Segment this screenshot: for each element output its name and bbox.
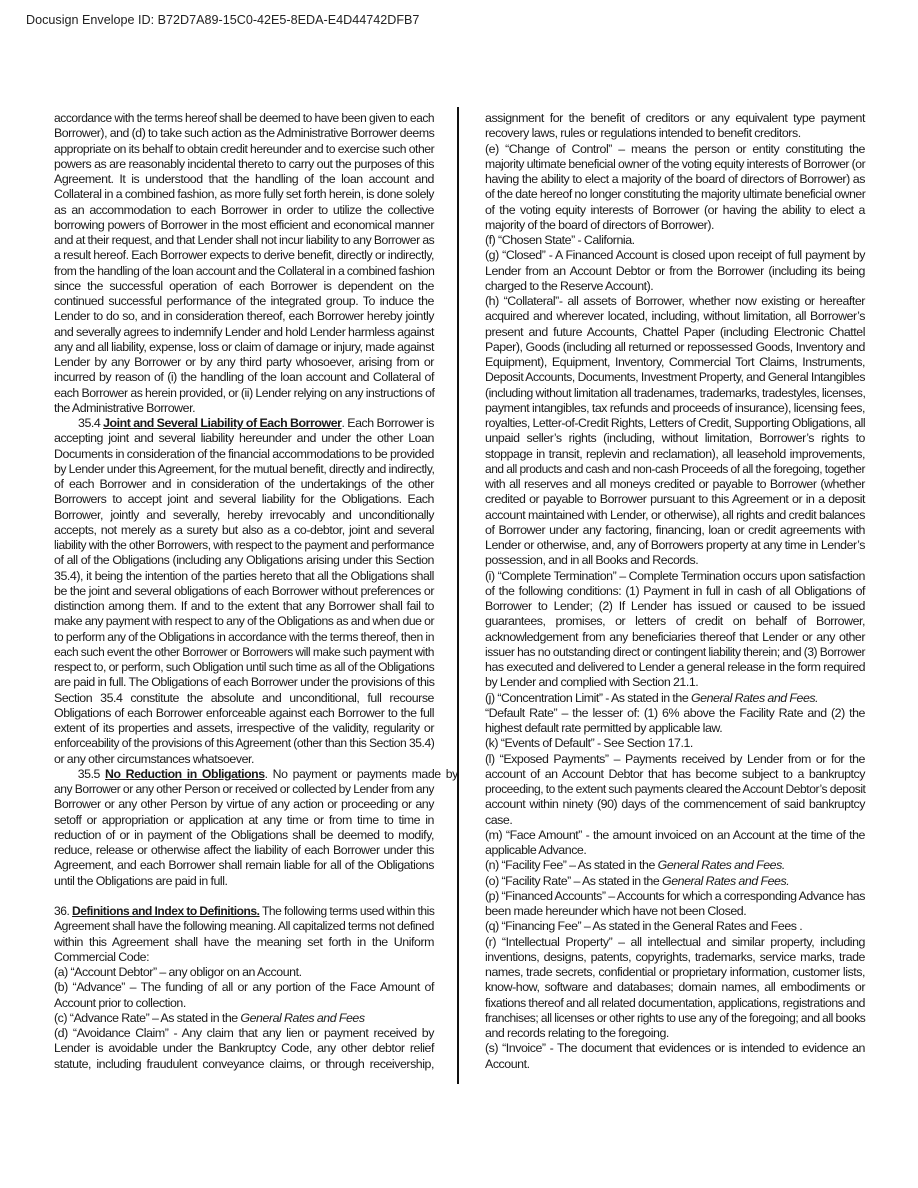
definition-s: (s) “Invoice” - The document that eviden… bbox=[485, 1041, 865, 1056]
text-line: highest default rate permitted by applic… bbox=[485, 721, 865, 736]
definition-f: (f) “Chosen State” - California. bbox=[485, 233, 865, 248]
section-36-heading-line: 36. Definitions and Index to Definitions… bbox=[54, 904, 434, 919]
definition-default-rate: “Default Rate” – the lesser of: (1) 6% a… bbox=[485, 706, 865, 721]
text-line: powers as are reasonably incidental ther… bbox=[54, 157, 434, 172]
text-line: know-how, software and databases; domain… bbox=[485, 980, 865, 995]
section-text: . No payment or payments made by bbox=[265, 767, 458, 781]
section-35-5-title: No Reduction in Obligations bbox=[105, 767, 265, 781]
text-line: account of an Account Debtor that has be… bbox=[485, 767, 865, 782]
text-line: Equipment), Equipment, Inventory, Commer… bbox=[485, 355, 865, 370]
text-line: as an accommodation to each Borrower in … bbox=[54, 203, 434, 218]
text-line: applicable Advance. bbox=[485, 843, 865, 858]
text-line: and records relating to the foregoing. bbox=[485, 1026, 865, 1041]
text-line: reduction of or in payment of the Obliga… bbox=[54, 828, 434, 843]
text-line: enforceability of the provisions of this… bbox=[54, 736, 434, 751]
left-column: accordance with the terms hereof shall b… bbox=[54, 111, 434, 1072]
text-line: liability with the other Borrowers, with… bbox=[54, 538, 434, 553]
text-line: a result hereof. Each Borrower expects t… bbox=[54, 248, 434, 263]
section-number: 35.4 bbox=[78, 416, 100, 430]
text-line: acquired and wherever located, including… bbox=[485, 309, 865, 324]
text-line: issuer has no outstanding direct or cont… bbox=[485, 645, 865, 660]
text-line: Commercial Code: bbox=[54, 950, 434, 965]
text-line: Lender by any Borrower or by any third p… bbox=[54, 355, 434, 370]
text-line: and all products and cash and non-cash P… bbox=[485, 462, 865, 477]
definition-e: (e) “Change of Control” – means the pers… bbox=[485, 142, 865, 157]
text-line: distinction among them. If and to the ex… bbox=[54, 599, 434, 614]
text-line: names, trade secrets, confidential or pr… bbox=[485, 965, 865, 980]
text-line: Borrower), and (d) to take such action a… bbox=[54, 126, 434, 141]
definition-g: (g) “Closed” - A Financed Account is clo… bbox=[485, 248, 865, 263]
text-line: Borrower, jointly and severally, hereby … bbox=[54, 508, 434, 523]
text-line: Borrowers to accept joint and several li… bbox=[54, 492, 434, 507]
text-line: are paid in full. The Obligations of eac… bbox=[54, 675, 434, 690]
text-line: accordance with the terms hereof shall b… bbox=[54, 111, 434, 126]
text-line: Agreement. It is understood that the han… bbox=[54, 172, 434, 187]
spacer bbox=[54, 889, 434, 904]
text-line: payment intangibles, tax refunds and pro… bbox=[485, 401, 865, 416]
text-line: of the voting equity interests of Borrow… bbox=[485, 203, 865, 218]
text-line: been made hereunder which have not been … bbox=[485, 904, 865, 919]
definition-c: (c) “Advance Rate” – As stated in the Ge… bbox=[54, 1011, 434, 1026]
text-line: Account prior to collection. bbox=[54, 996, 434, 1011]
text-line: of Borrower under any factoring, financi… bbox=[485, 523, 865, 538]
text-line: fixations thereof and all related docume… bbox=[485, 996, 865, 1011]
text-line: stoppage in transit, replevin and reclam… bbox=[485, 447, 865, 462]
text-line: incurred by reason of (i) the handling o… bbox=[54, 370, 434, 385]
text-line: Section 35.4 constitute the absolute and… bbox=[54, 691, 434, 706]
text-line: (including without limitation all traden… bbox=[485, 386, 865, 401]
text-line: any and all liability, expense, loss or … bbox=[54, 340, 434, 355]
definition-h: (h) “Collateral”- all assets of Borrower… bbox=[485, 294, 865, 309]
text-line: Collateral in a combined fashion, as mor… bbox=[54, 187, 434, 202]
text-line: each such event the other Borrower or Bo… bbox=[54, 645, 434, 660]
text-line: credited or payable to Borrower pursuant… bbox=[485, 492, 865, 507]
text-line: of each Borrower and in consideration of… bbox=[54, 477, 434, 492]
text-line: setoff or appropriation or application a… bbox=[54, 813, 434, 828]
text-line: from the handling of the loan account an… bbox=[54, 264, 434, 279]
text-line: continued successful performance of the … bbox=[54, 294, 434, 309]
text-line: respect to, or perform, such Obligation … bbox=[54, 660, 434, 675]
text-line: within this Agreement shall have the mea… bbox=[54, 935, 434, 950]
text-line: Deposit Accounts, Documents, Investment … bbox=[485, 370, 865, 385]
text-line: by Lender and complied with Section 21.1… bbox=[485, 675, 865, 690]
envelope-id-header: Docusign Envelope ID: B72D7A89-15C0-42E5… bbox=[26, 13, 419, 27]
definition-j: (j) “Concentration Limit” - As stated in… bbox=[485, 691, 865, 706]
text-line: with all reserves and all moneys credite… bbox=[485, 477, 865, 492]
text-line: extent of its properties and assets, irr… bbox=[54, 721, 434, 736]
italic-reference: General Rates and Fees. bbox=[662, 874, 789, 888]
text-line: royalties, Letter-of-Credit Rights, Lett… bbox=[485, 416, 865, 431]
text-line: any Borrower or any other Person or rece… bbox=[54, 782, 434, 797]
text-line: Account. bbox=[485, 1057, 865, 1072]
text-line: Lender to do so, and in consideration th… bbox=[54, 309, 434, 324]
text-line: Lender is avoidable under the Bankruptcy… bbox=[54, 1041, 434, 1056]
text-line: acknowledgement from any beneficiaries t… bbox=[485, 630, 865, 645]
definition-p: (p) “Financed Accounts” – Accounts for w… bbox=[485, 889, 865, 904]
text-line: Agreement shall have the following meani… bbox=[54, 919, 434, 934]
text-line: majority of the board of directors of Bo… bbox=[485, 218, 865, 233]
section-36-title: Definitions and Index to Definitions. bbox=[72, 904, 260, 918]
definition-o: (o) “Facility Rate” – As stated in the G… bbox=[485, 874, 865, 889]
text-line: unpaid seller’s rights (including, witho… bbox=[485, 431, 865, 446]
text-line: Borrower to Lender; (2) If Lender has is… bbox=[485, 599, 865, 614]
definition-b: (b) “Advance” – The funding of all or an… bbox=[54, 980, 434, 995]
italic-reference: General Rates and Fees bbox=[240, 1011, 364, 1025]
text-line: reduce, release or otherwise affect the … bbox=[54, 843, 434, 858]
text-line: franchises; all licenses or other rights… bbox=[485, 1011, 865, 1026]
definition-text: (n) “Facility Fee” – As stated in the bbox=[485, 858, 658, 872]
definition-l: (l) “Exposed Payments” – Payments receiv… bbox=[485, 752, 865, 767]
text-line: accepting joint and several liability he… bbox=[54, 431, 434, 446]
definition-d: (d) “Avoidance Claim” - Any claim that a… bbox=[54, 1026, 434, 1041]
text-line: and at their request, and that Lender sh… bbox=[54, 233, 434, 248]
section-35-4-heading-line: 35.4 Joint and Several Liability of Each… bbox=[54, 416, 434, 431]
section-number: 36. bbox=[54, 904, 69, 918]
text-line: appropriate on its behalf to obtain cred… bbox=[54, 142, 434, 157]
italic-reference: General Rates and Fees. bbox=[691, 691, 818, 705]
text-line: has executed and delivered to Lender a g… bbox=[485, 660, 865, 675]
text-line: case. bbox=[485, 813, 865, 828]
text-line: of the following conditions: (1) Payment… bbox=[485, 584, 865, 599]
definition-k: (k) “Events of Default” - See Section 17… bbox=[485, 736, 865, 751]
italic-reference: General Rates and Fees. bbox=[658, 858, 785, 872]
text-line: possession, and in all Books and Records… bbox=[485, 553, 865, 568]
definition-text: (j) “Concentration Limit” - As stated in… bbox=[485, 691, 691, 705]
text-line: by Lender under this Agreement, for the … bbox=[54, 462, 434, 477]
text-line: Lender or otherwise, and, any of Borrowe… bbox=[485, 538, 865, 553]
text-line: until the Obligations are paid in full. bbox=[54, 874, 434, 889]
section-35-5-heading-line: 35.5 No Reduction in Obligations. No pay… bbox=[54, 767, 458, 782]
text-line: Agreement, and each Borrower shall remai… bbox=[54, 858, 434, 873]
column-divider bbox=[457, 107, 459, 1084]
text-line: borrowing powers of Borrower in the most… bbox=[54, 218, 434, 233]
text-line: assignment for the benefit of creditors … bbox=[485, 111, 865, 126]
text-line: or any other circumstances whatsoever. bbox=[54, 752, 434, 767]
text-line: majority ultimate beneficial owner of th… bbox=[485, 157, 865, 172]
text-line: account maintained with Lender, or other… bbox=[485, 508, 865, 523]
definition-i: (i) “Complete Termination” – Complete Te… bbox=[485, 569, 865, 584]
section-number: 35.5 bbox=[78, 767, 100, 781]
text-line: proceeding, to the extent such payments … bbox=[485, 782, 865, 797]
text-line: statute, including fraudulent conveyance… bbox=[54, 1057, 434, 1072]
section-35-4-title: Joint and Several Liability of Each Borr… bbox=[103, 416, 341, 430]
section-text: . Each Borrower is bbox=[342, 416, 434, 430]
text-line: of the date hereof no longer constitutin… bbox=[485, 187, 865, 202]
definition-text: (c) “Advance Rate” – As stated in the bbox=[54, 1011, 240, 1025]
text-line: be the joint and several obligations of … bbox=[54, 584, 434, 599]
text-line: each Borrower as herein provided, or (ii… bbox=[54, 386, 434, 401]
section-text: The following terms used within this bbox=[260, 904, 435, 918]
text-line: Documents in consideration of the financ… bbox=[54, 447, 434, 462]
text-line: accepts, not merely as a surety but also… bbox=[54, 523, 434, 538]
text-line: Borrower or any other Person by virtue o… bbox=[54, 797, 434, 812]
definition-r: (r) “Intellectual Property” – all intell… bbox=[485, 935, 865, 950]
text-line: make any payment with respect to any of … bbox=[54, 614, 434, 629]
text-line: account within ninety (90) days of the c… bbox=[485, 797, 865, 812]
text-line: since the successful operation of each B… bbox=[54, 279, 434, 294]
text-line: the Administrative Borrower. bbox=[54, 401, 434, 416]
text-line: recovery laws, rules or regulations inte… bbox=[485, 126, 865, 141]
text-line: Obligations of each Borrower enforceable… bbox=[54, 706, 434, 721]
text-line: 35.4), it being the intention of the par… bbox=[54, 569, 434, 584]
text-line: charged to the Reserve Account). bbox=[485, 279, 865, 294]
text-line: Paper), Goods (including all returned or… bbox=[485, 340, 865, 355]
text-line: and severally agrees to indemnify Lender… bbox=[54, 325, 434, 340]
text-line: present and future Accounts, Chattel Pap… bbox=[485, 325, 865, 340]
text-line: to perform any of the Obligations in acc… bbox=[54, 630, 434, 645]
definition-text: (o) “Facility Rate” – As stated in the bbox=[485, 874, 662, 888]
text-line: guarantees, promises, or letters of cred… bbox=[485, 614, 865, 629]
text-line: inventions, designs, patents, copyrights… bbox=[485, 950, 865, 965]
definition-m: (m) “Face Amount” - the amount invoiced … bbox=[485, 828, 865, 843]
text-line: of all of the Obligations (including any… bbox=[54, 553, 434, 568]
text-line: having the ability to elect a majority o… bbox=[485, 172, 865, 187]
right-column: assignment for the benefit of creditors … bbox=[485, 111, 865, 1072]
definition-n: (n) “Facility Fee” – As stated in the Ge… bbox=[485, 858, 865, 873]
definition-q: (q) “Financing Fee” – As stated in the G… bbox=[485, 919, 865, 934]
definition-a: (a) “Account Debtor” – any obligor on an… bbox=[54, 965, 434, 980]
text-line: Lender from an Account Debtor or from th… bbox=[485, 264, 865, 279]
